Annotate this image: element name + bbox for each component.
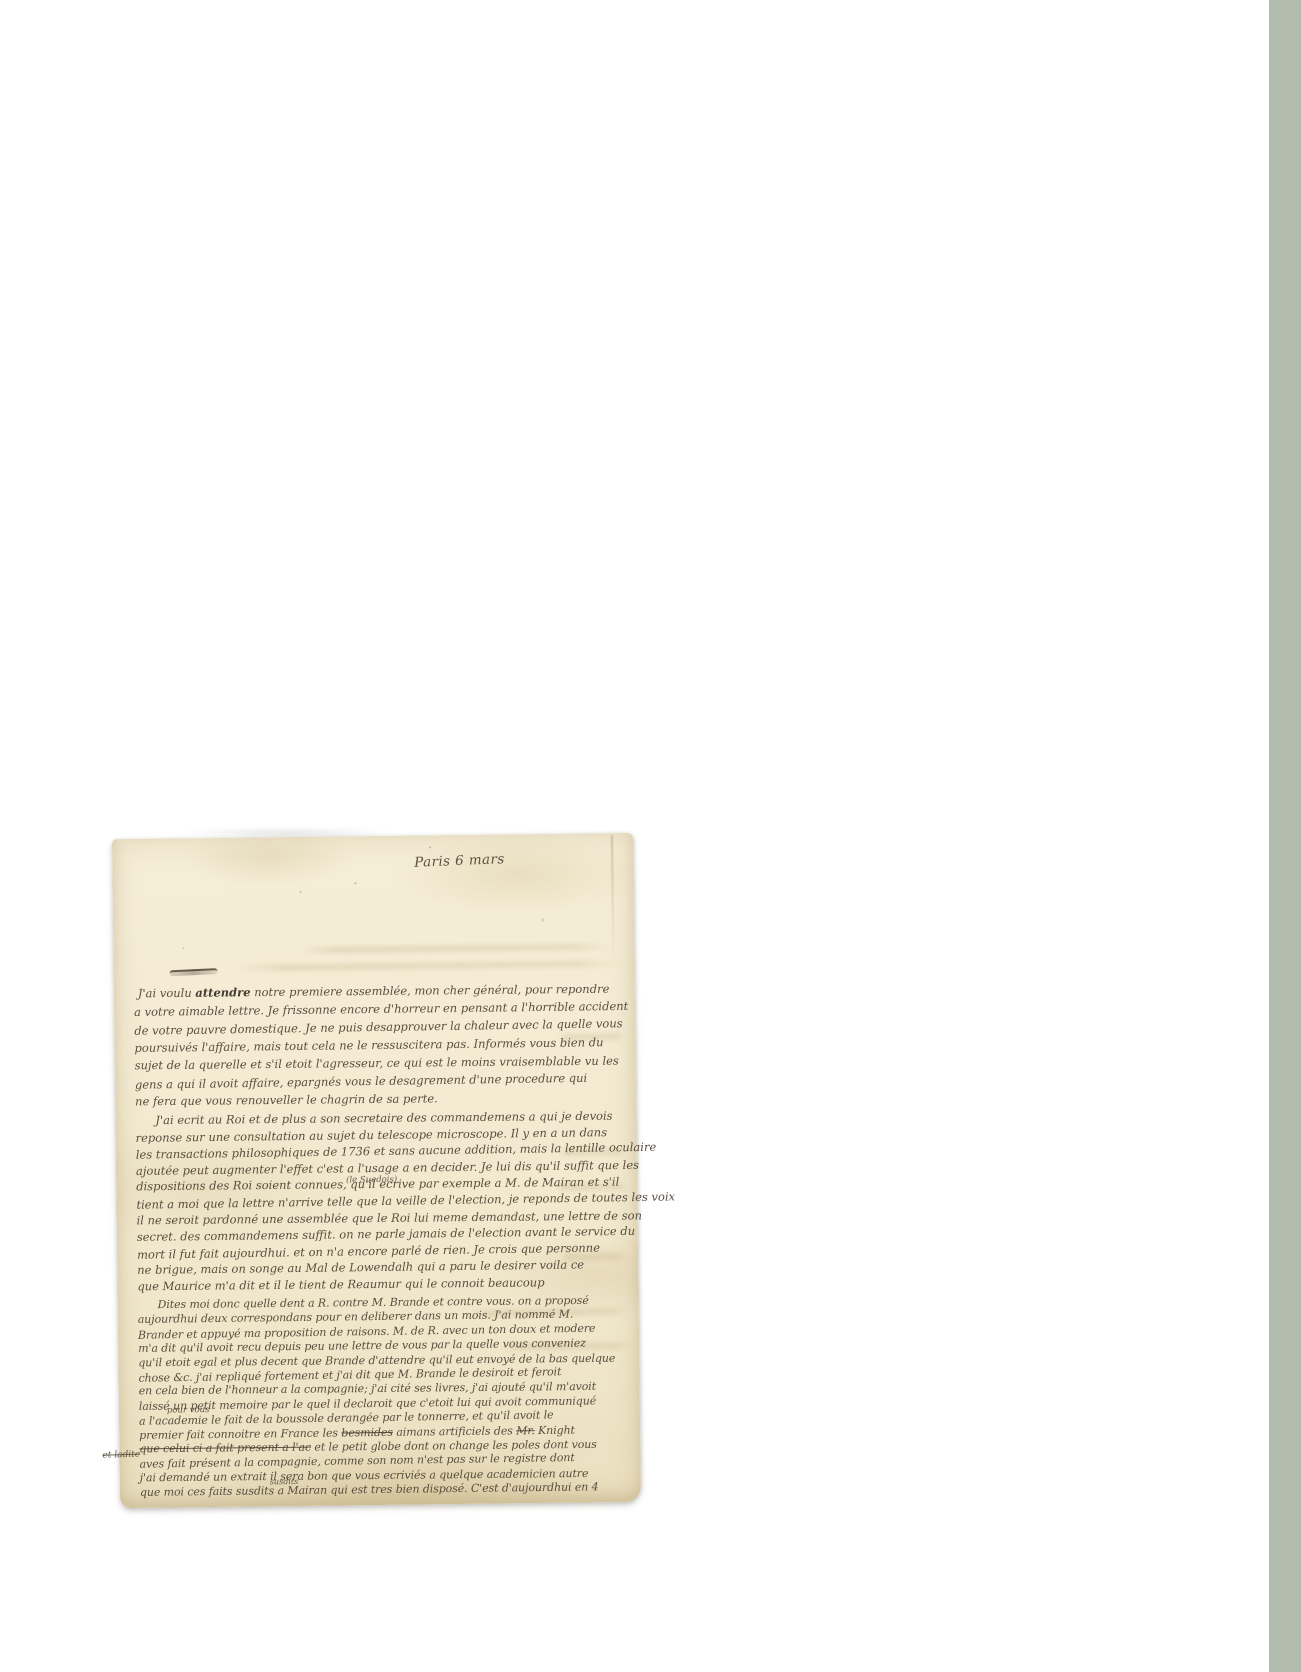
ink-showthrough — [237, 960, 622, 972]
interlinear-insertion: susdits — [270, 1477, 298, 1486]
letter-text: ne fera que vous renouveller le chagrin … — [135, 1091, 438, 1108]
manuscript-letter: Paris 6 mars J'ai voulu attendre notre p… — [112, 833, 641, 1508]
letter-text: notre premiere assemblée, mon cher génér… — [250, 982, 609, 1000]
interlinear-insertion: (le Suedois) — [346, 1175, 397, 1186]
letter-text: J'ai voulu — [138, 986, 196, 1001]
letter-line: que Maurice m'a dit et il le tient de Re… — [137, 1273, 631, 1294]
struck-text: que celui ci a fait present a l'ac — [139, 1441, 311, 1456]
letter-text: que Maurice m'a dit et il le tient de Re… — [137, 1275, 544, 1293]
right-accent-bar — [1269, 0, 1301, 1672]
struck-text: Mr. — [516, 1424, 535, 1437]
interlinear-insertion: pour vous — [167, 1405, 210, 1416]
letter-text: premier fait connoitre en France les — [139, 1426, 341, 1441]
margin-note: et ladite — [102, 1450, 140, 1461]
letter-dateline: Paris 6 mars — [414, 851, 505, 871]
crossed-out-scribble — [169, 968, 217, 976]
letter-text: attendre — [195, 985, 250, 1000]
ink-showthrough — [297, 943, 612, 954]
letter-paragraph-3: Dites moi donc quelle dent a R. contre M… — [138, 1293, 634, 1501]
letter-text: aimans artificiels des — [393, 1424, 516, 1439]
struck-text: besmides — [341, 1425, 393, 1439]
catalog-page: Paris 6 mars J'ai voulu attendre notre p… — [0, 0, 1301, 1672]
letter-text: Knight — [535, 1423, 575, 1436]
letter-paragraph-2: J'ai ecrit au Roi et de plus a son secre… — [135, 1107, 631, 1296]
letter-paragraph-1: J'ai voulu attendre notre premiere assem… — [134, 979, 630, 1111]
